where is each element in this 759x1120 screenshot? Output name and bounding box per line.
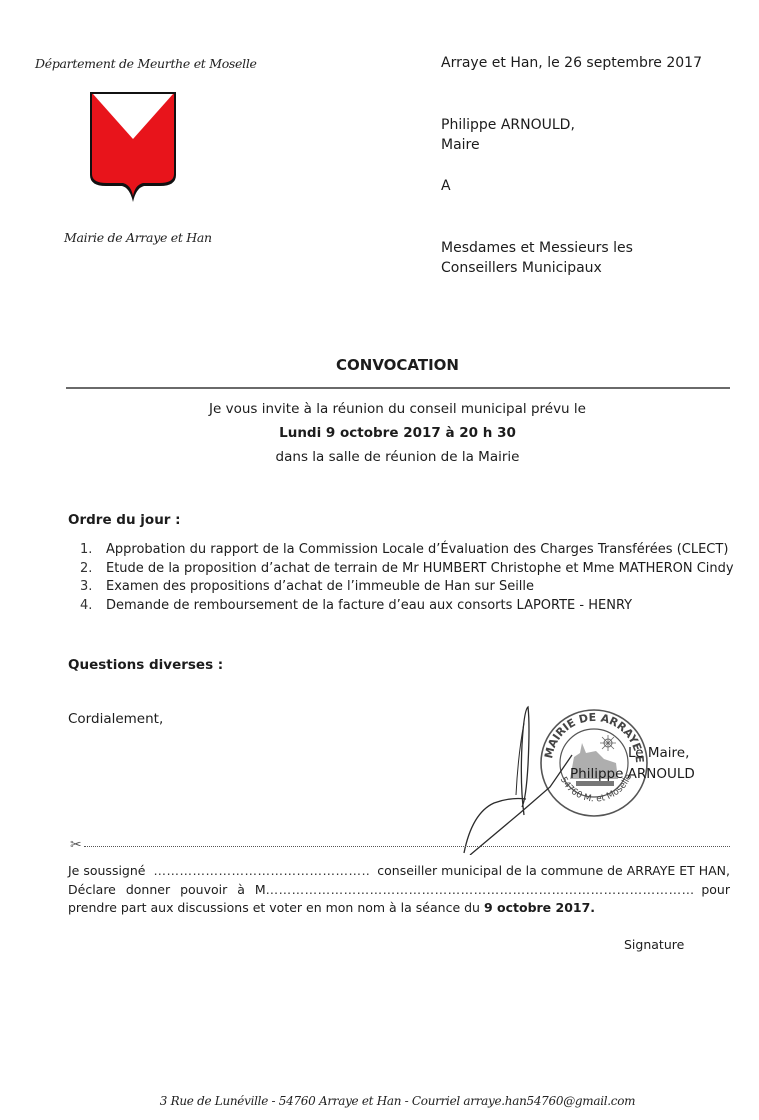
title-divider xyxy=(66,387,730,389)
recipient-line-2: Conseillers Municipaux xyxy=(441,260,602,276)
undersigned-name-field[interactable]: …………………………………………………………………………………………………………… xyxy=(153,862,369,881)
agenda-item-number: 2. xyxy=(80,561,106,580)
proxy-label-vote: prendre part aux discussions et voter en… xyxy=(68,899,480,918)
agenda-item-text: Etude de la proposition d’achat de terra… xyxy=(106,561,734,580)
agenda-item-number: 3. xyxy=(80,579,106,598)
signatory-role: Le Maire, xyxy=(628,745,689,761)
addressee-prefix: A xyxy=(441,178,451,194)
proxy-label-pour: pour xyxy=(701,881,730,900)
agenda-list: 1.Approbation du rapport de la Commissio… xyxy=(80,542,734,616)
signatory-name: Philippe ARNOULD xyxy=(570,766,695,782)
document-title: CONVOCATION xyxy=(0,356,759,374)
agenda-item-number: 1. xyxy=(80,542,106,561)
proxy-label-council: conseiller municipal de la commune de AR… xyxy=(377,862,730,881)
invitation-text: Je vous invite à la réunion du conseil m… xyxy=(0,401,759,417)
meeting-location: dans la salle de réunion de la Mairie xyxy=(0,449,759,465)
scissors-icon: ✂ xyxy=(70,837,82,853)
proxy-label-undersigned: Je soussigné xyxy=(68,862,145,881)
proxy-label-delegate: Déclare donner pouvoir à M xyxy=(68,881,266,900)
agenda-item: 1.Approbation du rapport de la Commissio… xyxy=(80,542,734,561)
date-line: Arraye et Han, le 26 septembre 2017 xyxy=(441,55,702,71)
proxy-line-1: Je soussigné ………………………………………………………………………… xyxy=(68,862,730,881)
proxy-line-3: prendre part aux discussions et voter en… xyxy=(68,899,730,918)
agenda-item: 3.Examen des propositions d’achat de l’i… xyxy=(80,579,734,598)
dotted-divider xyxy=(84,846,730,847)
sender-title: Maire xyxy=(441,137,480,153)
misc-questions-heading: Questions diverses : xyxy=(68,657,223,673)
signature-label: Signature xyxy=(624,937,684,952)
department-heading: Département de Meurthe et Moselle xyxy=(35,56,257,71)
recipient-line-1: Mesdames et Messieurs les xyxy=(441,240,633,256)
proxy-form: Je soussigné ………………………………………………………………………… xyxy=(68,862,730,918)
sender-name: Philippe ARNOULD, xyxy=(441,117,575,133)
mairie-heading: Mairie de Arraye et Han xyxy=(64,230,212,245)
agenda-item-number: 4. xyxy=(80,598,106,617)
agenda-item-text: Approbation du rapport de la Commission … xyxy=(106,542,728,561)
agenda-item-text: Examen des propositions d’achat de l’imm… xyxy=(106,579,534,598)
delegate-name-field[interactable]: …………………………………………………………………………………………………………… xyxy=(266,881,694,900)
proxy-session-date: 9 octobre 2017. xyxy=(484,899,595,918)
footer-address: 3 Rue de Lunéville - 54760 Arraye et Han… xyxy=(0,1094,759,1108)
agenda-heading: Ordre du jour : xyxy=(68,512,181,528)
proxy-line-2: Déclare donner pouvoir à M …………………………………… xyxy=(68,881,730,900)
closing-text: Cordialement, xyxy=(68,711,163,727)
agenda-item-text: Demande de remboursement de la facture d… xyxy=(106,598,632,617)
agenda-item: 4.Demande de remboursement de la facture… xyxy=(80,598,734,617)
agenda-item: 2.Etude de la proposition d’achat de ter… xyxy=(80,561,734,580)
meeting-datetime: Lundi 9 octobre 2017 à 20 h 30 xyxy=(0,425,759,441)
coat-of-arms-icon xyxy=(88,90,178,205)
cut-here-line: ✂ xyxy=(70,838,730,852)
